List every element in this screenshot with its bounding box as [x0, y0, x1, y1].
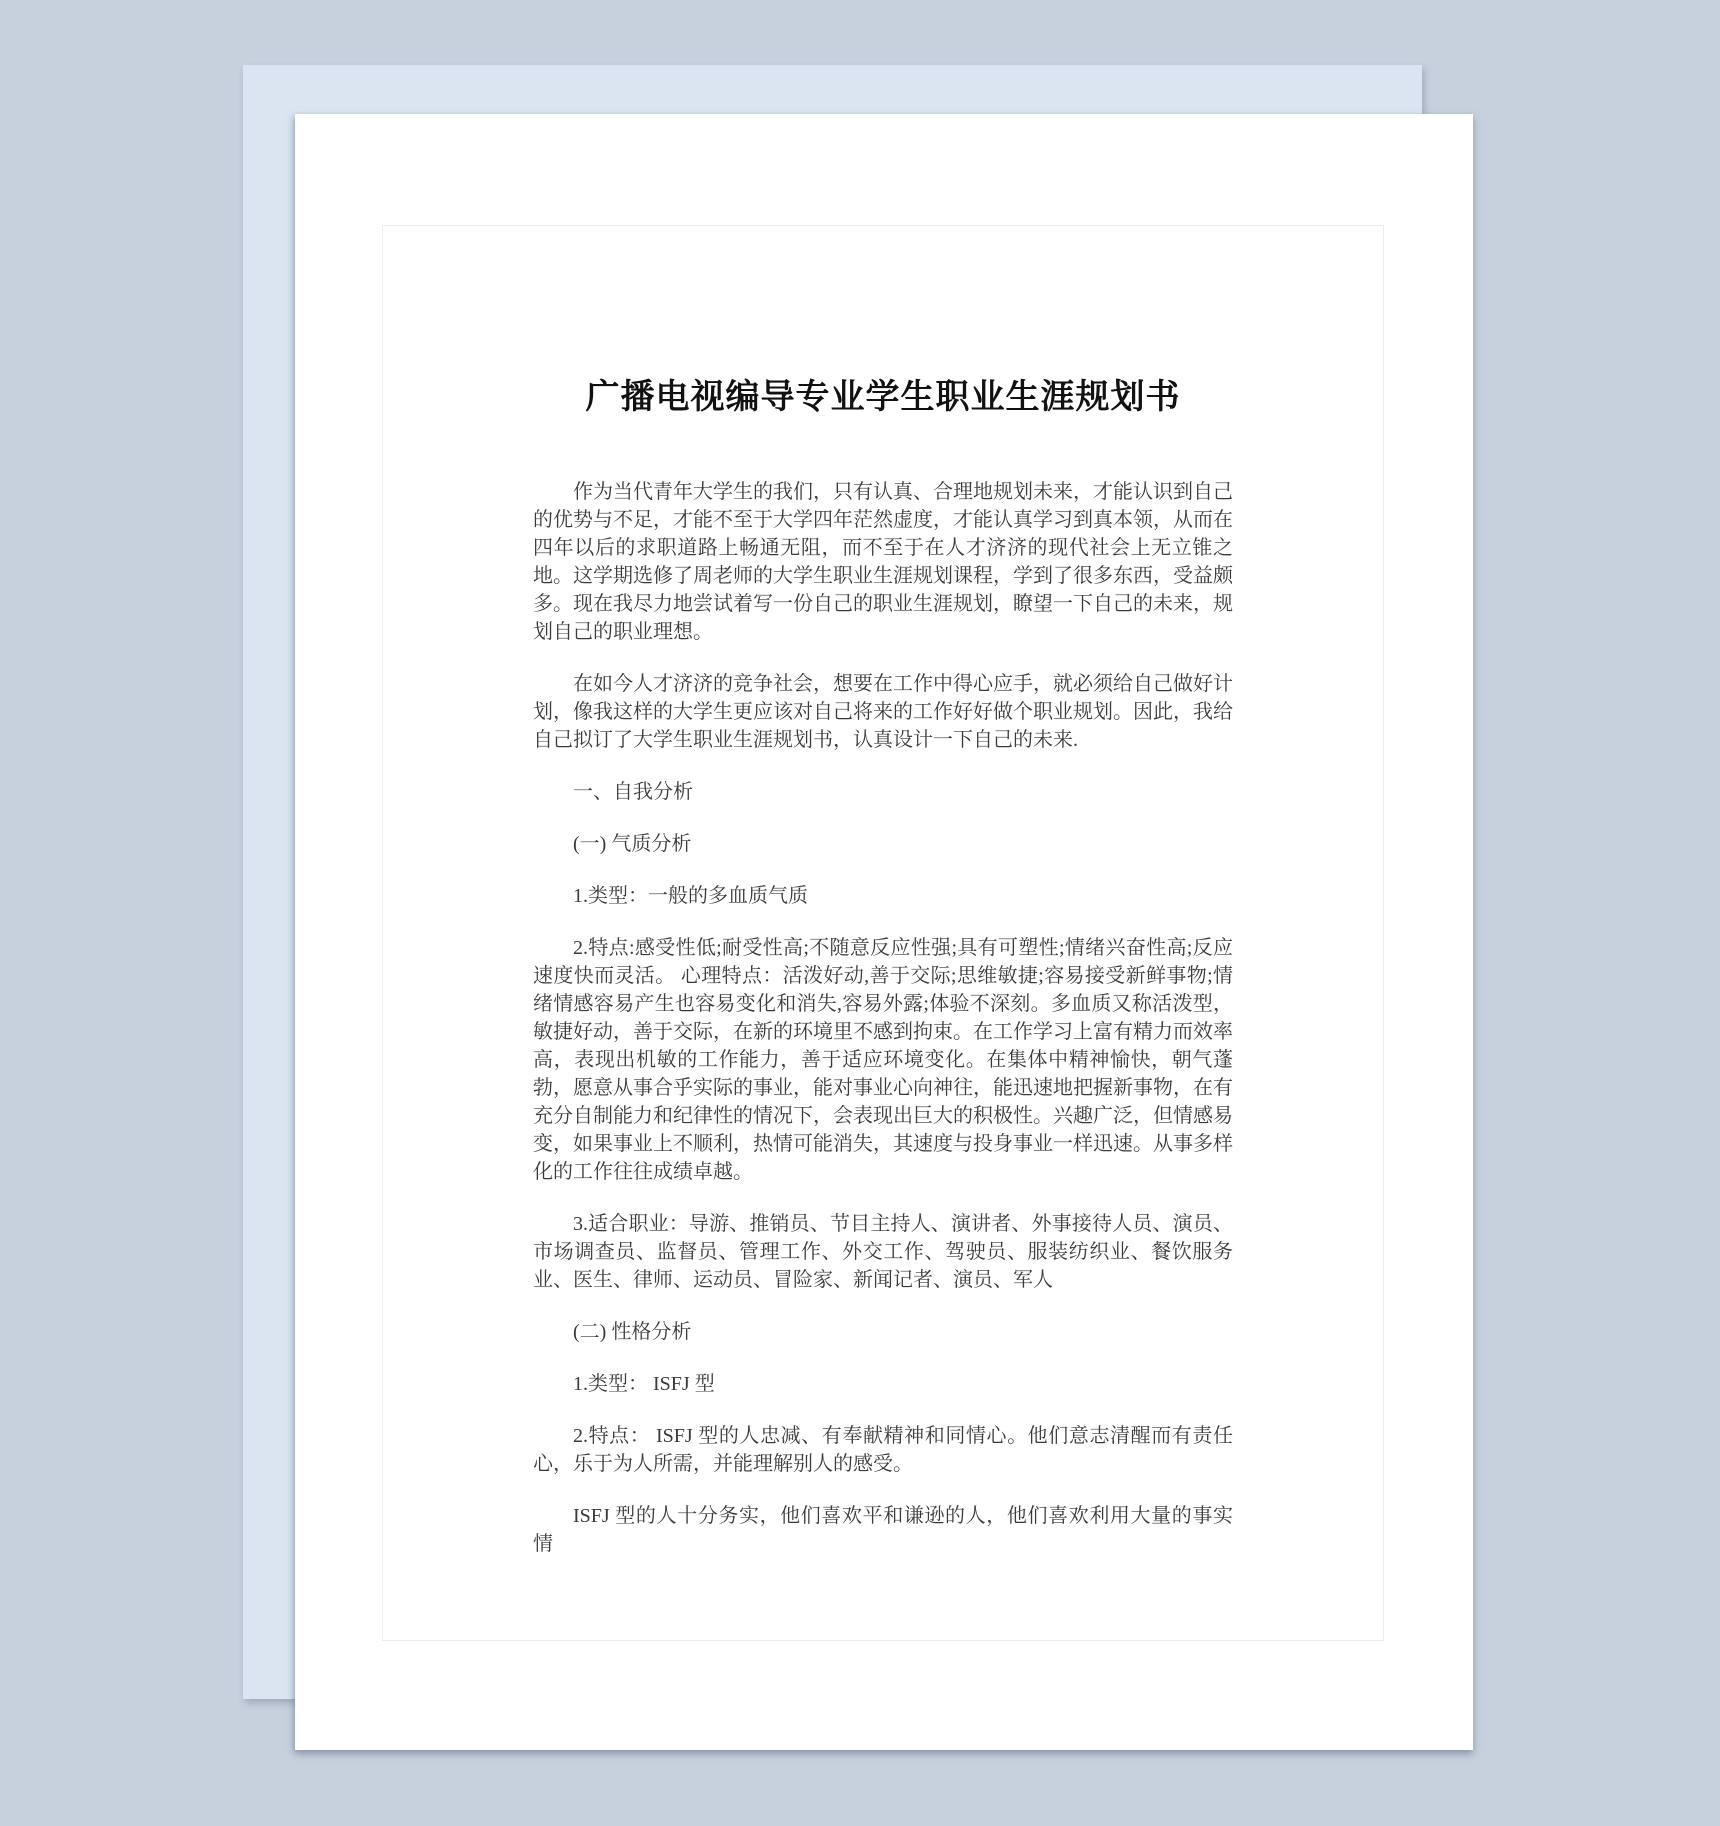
subsection-heading-temperament: (一) 气质分析 — [533, 830, 1233, 858]
paragraph-personality-traits: 2.特点： ISFJ 型的人忠减、有奉献精神和同情心。他们意志清醒而有责任心，乐… — [533, 1422, 1233, 1478]
paragraph-temperament-type: 1.类型：一般的多血质气质 — [533, 882, 1233, 910]
document-page: 广播电视编导专业学生职业生涯规划书 作为当代青年大学生的我们，只有认真、合理地规… — [295, 114, 1473, 1750]
paragraph-personality-type: 1.类型： ISFJ 型 — [533, 1370, 1233, 1398]
document-content: 广播电视编导专业学生职业生涯规划书 作为当代青年大学生的我们，只有认真、合理地规… — [533, 376, 1233, 1558]
paragraph-suitable-jobs: 3.适合职业：导游、推销员、节目主持人、演讲者、外事接待人员、演员、市场调查员、… — [533, 1210, 1233, 1294]
document-preview-canvas: 广播电视编导专业学生职业生涯规划书 作为当代青年大学生的我们，只有认真、合理地规… — [0, 0, 1720, 1826]
paragraph-intro: 作为当代青年大学生的我们，只有认真、合理地规划未来，才能认识到自己的优势与不足，… — [533, 478, 1233, 646]
document-title: 广播电视编导专业学生职业生涯规划书 — [533, 376, 1233, 420]
paragraph-isfj-pragmatic: ISFJ 型的人十分务实，他们喜欢平和谦逊的人，他们喜欢利用大量的事实情 — [533, 1502, 1233, 1558]
paragraph-purpose: 在如今人才济济的竞争社会，想要在工作中得心应手，就必须给自己做好计划，像我这样的… — [533, 670, 1233, 754]
paragraph-temperament-traits: 2.特点:感受性低;耐受性高;不随意反应性强;具有可塑性;情绪兴奋性高;反应速度… — [533, 934, 1233, 1186]
section-heading-self-analysis: 一、自我分析 — [533, 778, 1233, 806]
subsection-heading-personality: (二) 性格分析 — [533, 1318, 1233, 1346]
